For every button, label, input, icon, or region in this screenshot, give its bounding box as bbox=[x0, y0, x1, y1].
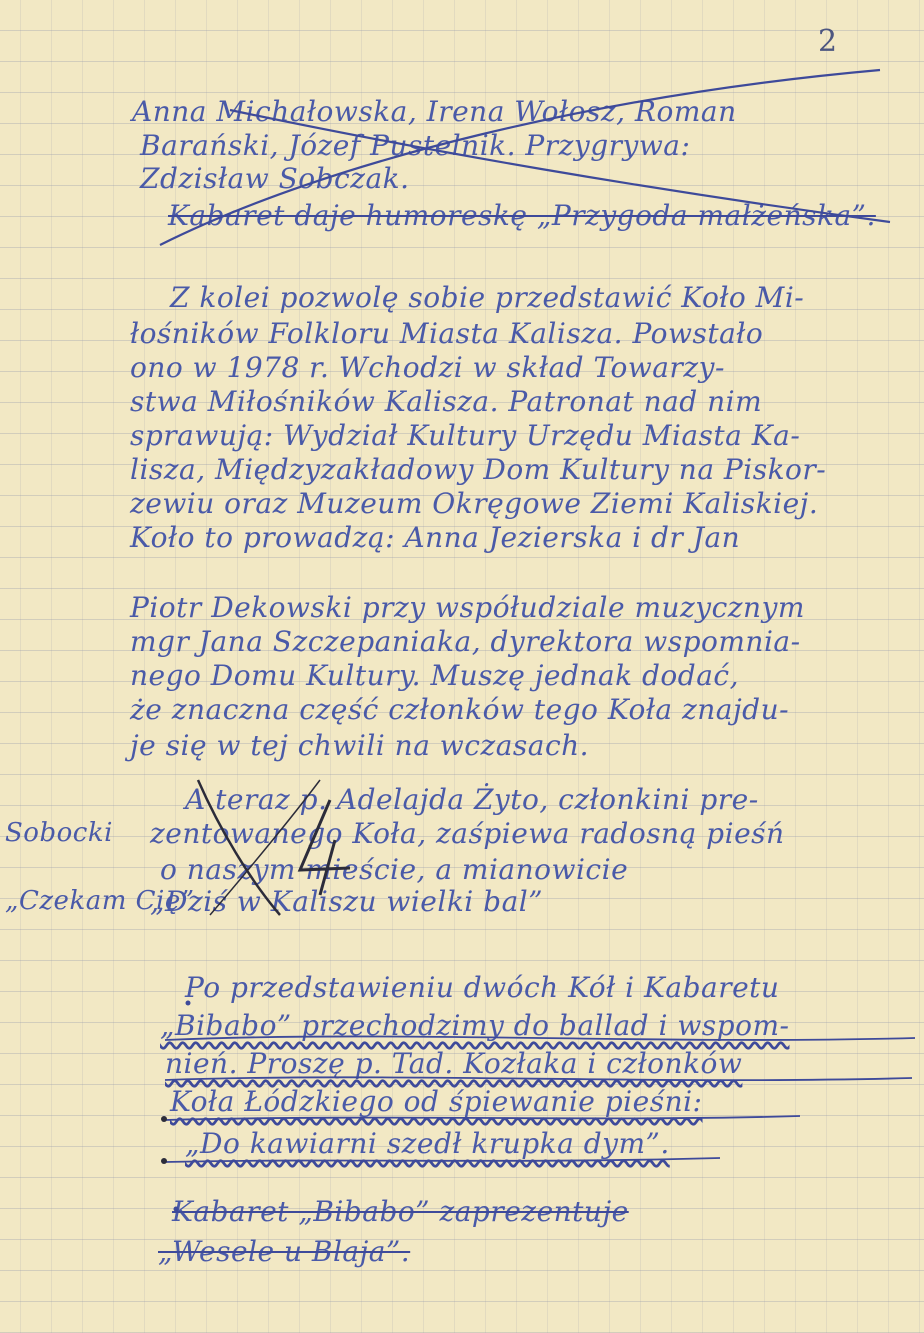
text-line: Kabaret „Bibabo” zaprezentuje bbox=[172, 1196, 629, 1227]
text-line: Piotr Dekowski przy współudziale muzyczn… bbox=[130, 592, 805, 623]
page-number: 2 bbox=[818, 24, 838, 59]
text-line: nień. Proszę p. Tad. Kozłaka i członków bbox=[165, 1048, 742, 1079]
text-line: zentowanego Koła, zaśpiewa radosną pieśń bbox=[150, 818, 785, 849]
text-line: ono w 1978 r. Wchodzi w skład Towarzy- bbox=[130, 352, 725, 383]
text-line: Kabaret daje humoreskę „Przygoda małżeńs… bbox=[168, 200, 876, 231]
text-line: nego Domu Kultury. Muszę jednak dodać, bbox=[130, 660, 739, 691]
text-line: stwa Miłośników Kalisza. Patronat nad ni… bbox=[130, 386, 762, 417]
text-line: Koło to prowadzą: Anna Jezierska i dr Ja… bbox=[130, 522, 740, 553]
text-line: zewiu oraz Muzeum Okręgowe Ziemi Kaliski… bbox=[130, 488, 818, 519]
text-line: o naszym mieście, a mianowicie bbox=[160, 854, 628, 885]
text-line: Anna Michałowska, Irena Wołosz, Roman bbox=[132, 96, 737, 127]
text-line: „Bibabo” przechodzimy do ballad i wspom- bbox=[160, 1010, 789, 1041]
text-line: A teraz p. Adelajda Żyto, członkini pre- bbox=[185, 784, 759, 815]
text-line: sprawują: Wydział Kultury Urzędu Miasta … bbox=[130, 420, 800, 451]
text-line: Koła Łódzkiego od śpiewanie pieśni: bbox=[170, 1086, 703, 1117]
text-line: lisza, Międzyzakładowy Dom Kultury na Pi… bbox=[130, 454, 826, 485]
text-line: mgr Jana Szczepaniaka, dyrektora wspomni… bbox=[130, 626, 801, 657]
text-line: Barański, Józef Pustelnik. Przygrywa: bbox=[140, 130, 690, 161]
text-line: Po przedstawieniu dwóch Kół i Kabaretu bbox=[185, 972, 779, 1003]
text-line: łośników Folkloru Miasta Kalisza. Powsta… bbox=[130, 318, 763, 349]
text-line: „Do kawiarni szedł krupka dym”. bbox=[185, 1128, 670, 1159]
handwritten-page: 2 Anna Michałowska, Irena Wołosz, Roman … bbox=[0, 0, 924, 1333]
text-line: Zdzisław Sobczak. bbox=[140, 163, 410, 194]
text-line: „Dziś w Kaliszu wielki bal” bbox=[150, 886, 543, 917]
text-line: Z kolei pozwolę sobie przedstawić Koło M… bbox=[170, 282, 804, 313]
text-line: je się w tej chwili na wczasach. bbox=[130, 730, 589, 761]
margin-note: Sobocki bbox=[5, 818, 113, 849]
text-line: że znaczna część członków tego Koła znaj… bbox=[130, 694, 789, 725]
text-line: „Wesele u Blaja”. bbox=[158, 1236, 410, 1267]
